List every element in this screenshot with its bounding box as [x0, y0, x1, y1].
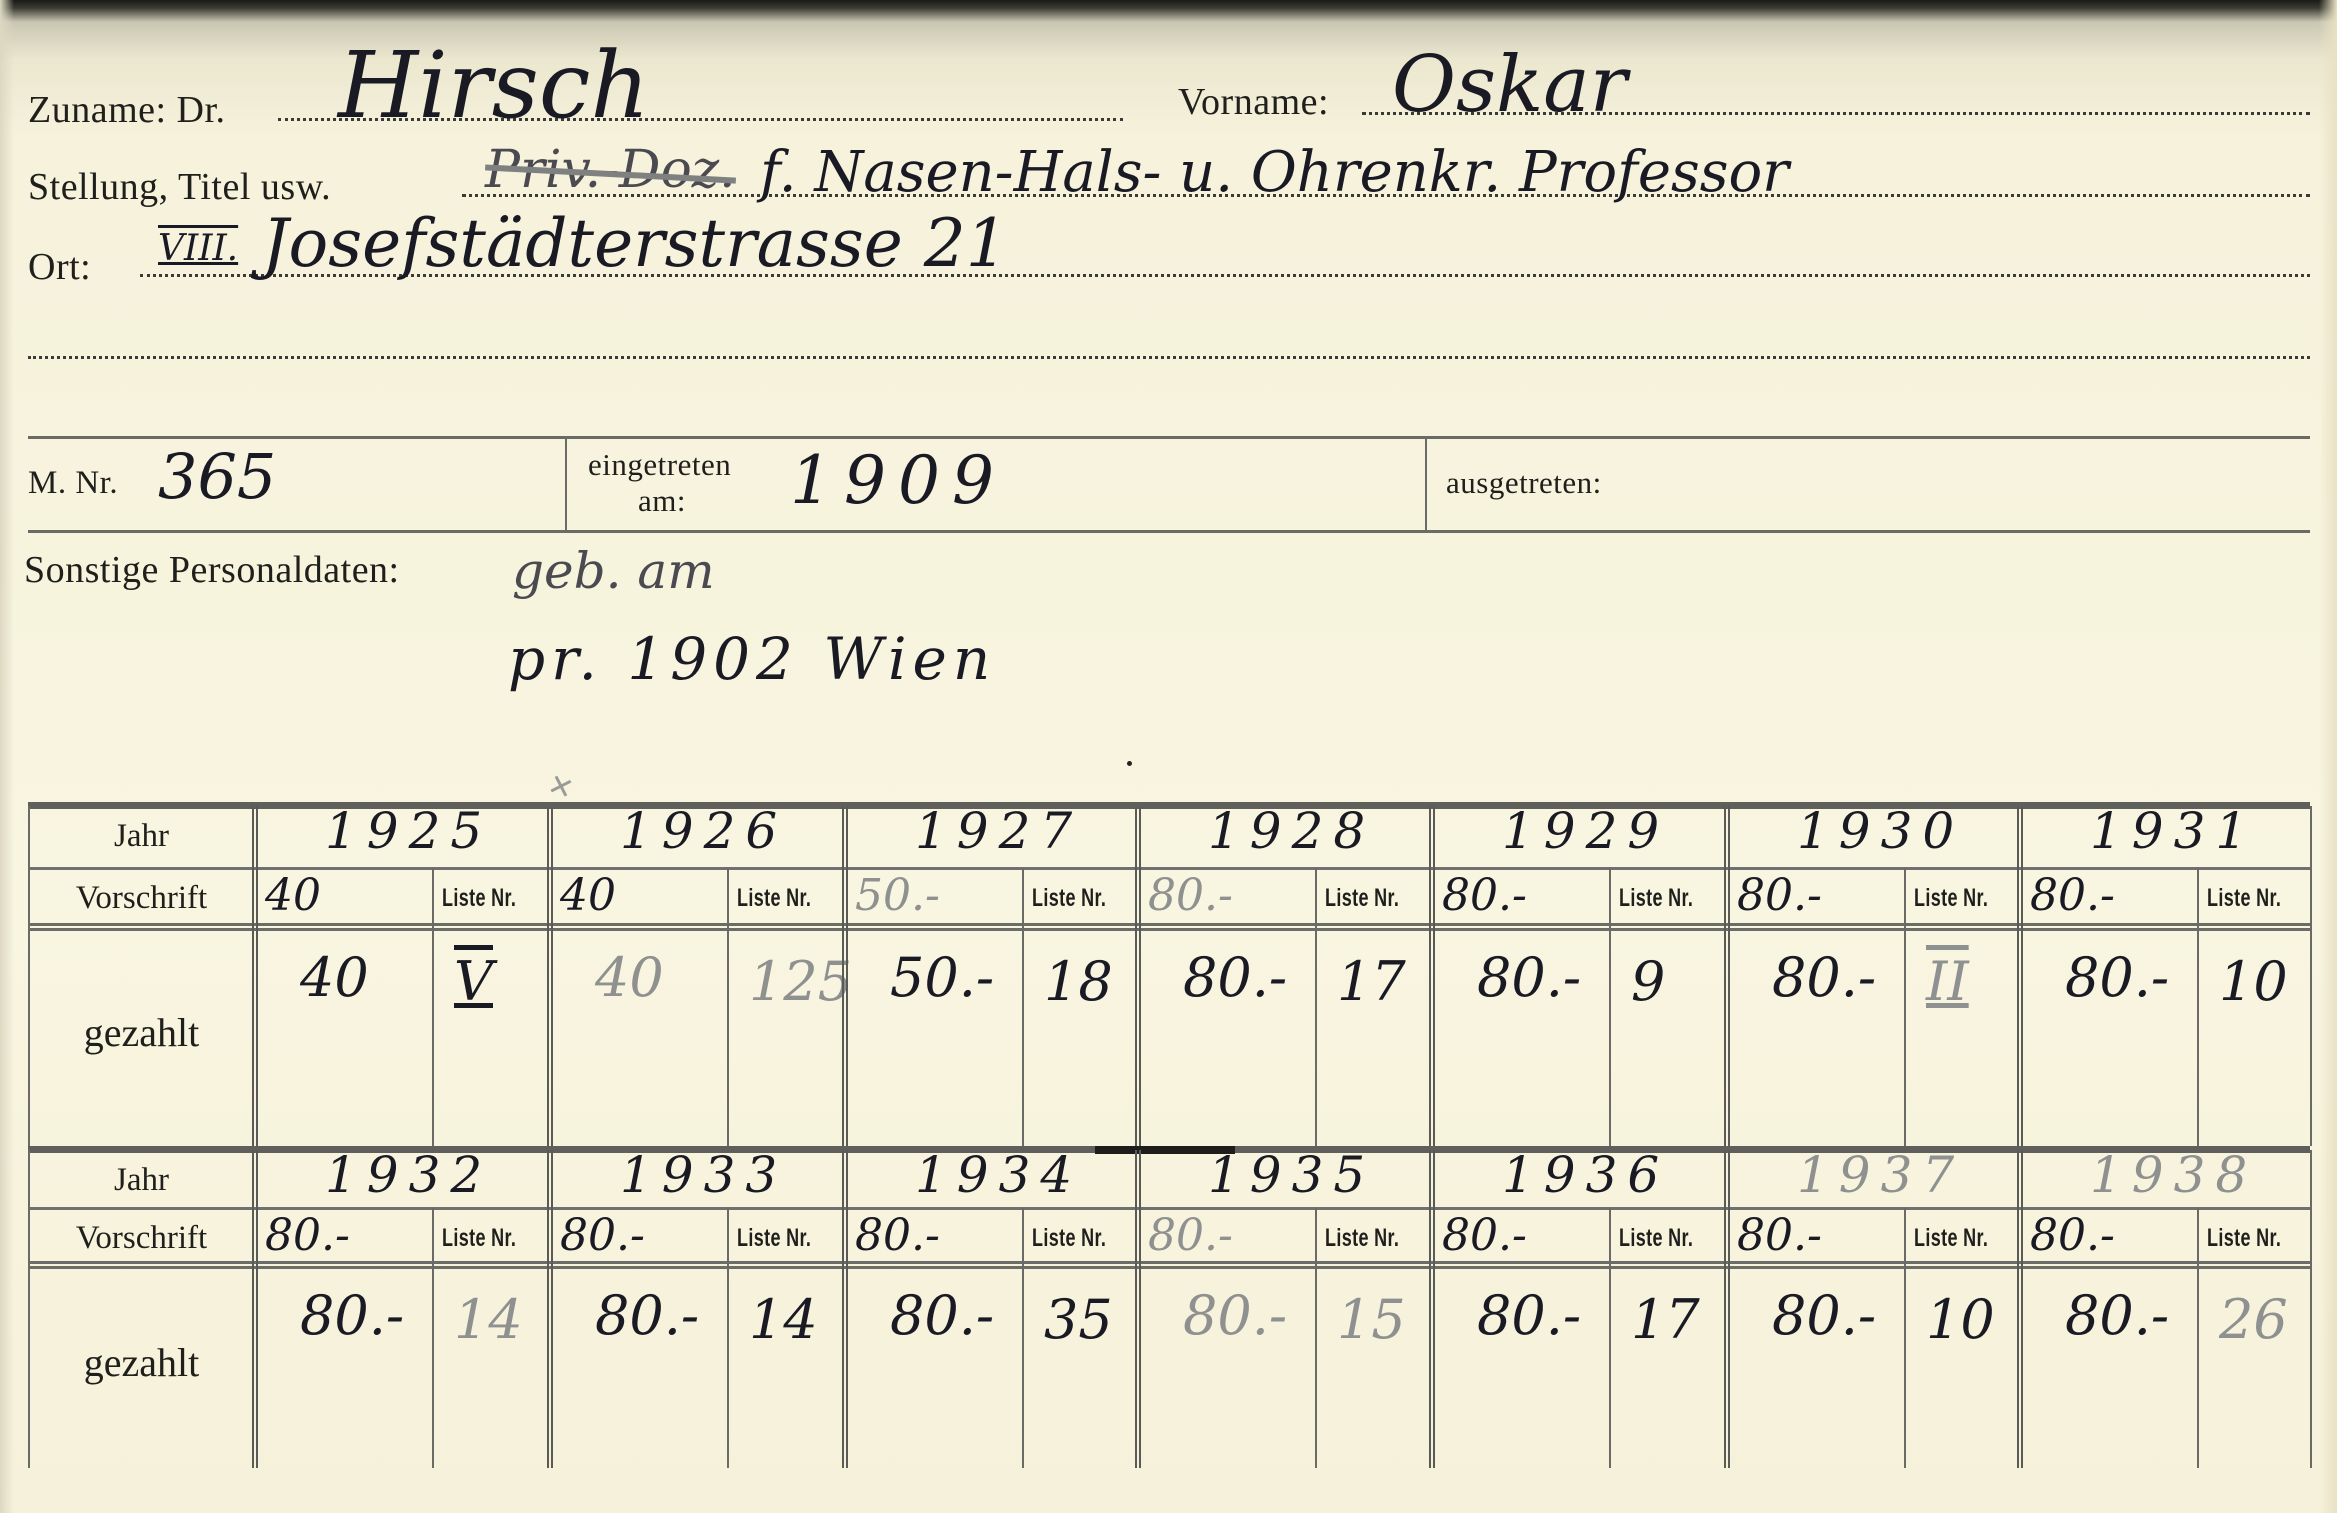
liste-nr-label: Liste Nr.: [1032, 1224, 1106, 1253]
year-column-divider: [1429, 1150, 1435, 1468]
blank-line: [28, 356, 2310, 359]
liste-column-divider: [1609, 868, 1611, 1146]
row-label-vorschrift: Vorschrift: [28, 1220, 255, 1257]
liste-nr-label: Liste Nr.: [1032, 884, 1106, 913]
vorschrift-cell: 80.-: [855, 1210, 940, 1261]
table-left-border: [28, 806, 30, 1146]
gezahlt-liste-nr-cell: V: [454, 950, 493, 1013]
gezahlt-amount-cell: 80.-: [1772, 1284, 1876, 1347]
liste-column-divider: [1904, 1208, 1906, 1468]
ort-value: Josefstädterstrasse 21: [262, 205, 1008, 282]
ink-dot: [1127, 761, 1132, 766]
vorschrift-cell: 50.-: [855, 870, 940, 921]
mnr-label: M. Nr.: [28, 465, 118, 502]
year-column-divider: [547, 1150, 553, 1468]
vorschrift-cell: 80.-: [265, 1210, 350, 1261]
ort-label: Ort:: [28, 245, 91, 289]
year-cell: 1937: [1797, 1146, 1964, 1204]
gezahlt-amount-cell: 80.-: [890, 1284, 994, 1347]
year-cell: 1932: [325, 1146, 492, 1204]
liste-nr-label: Liste Nr.: [2207, 884, 2281, 913]
liste-column-divider: [1904, 868, 1906, 1146]
row-label-jahr: Jahr: [28, 1162, 255, 1199]
gezahlt-liste-nr-cell: II: [1926, 950, 1969, 1013]
liste-column-divider: [1315, 1208, 1317, 1468]
card-edge-right: [2319, 0, 2337, 1513]
gezahlt-amount-cell: 80.-: [300, 1284, 404, 1347]
eingetreten-label-2: am:: [638, 483, 686, 519]
vorschrift-cell: 80.-: [2030, 1210, 2115, 1261]
gezahlt-liste-nr-cell: 15: [1337, 1288, 1406, 1351]
year-column-divider: [2017, 1150, 2023, 1468]
gezahlt-liste-nr-cell: 9: [1631, 950, 1665, 1013]
header-section: Zuname: Dr. Hirsch Vorname: Oskar Stellu…: [0, 0, 2337, 60]
gezahlt-amount-cell: 80.-: [1183, 1284, 1287, 1347]
table-right-border: [2310, 1150, 2312, 1468]
stellung-label: Stellung, Titel usw.: [28, 165, 331, 209]
year-column-divider: [1724, 806, 1730, 1146]
liste-column-divider: [1315, 868, 1317, 1146]
ausgetreten-label: ausgetreten:: [1446, 465, 1602, 501]
year-column-divider: [1429, 806, 1435, 1146]
liste-column-divider: [1609, 1208, 1611, 1468]
liste-nr-label: Liste Nr.: [737, 1224, 811, 1253]
vorschrift-cell: 40: [560, 870, 616, 921]
gezahlt-liste-nr-cell: 125: [749, 950, 852, 1013]
gezahlt-amount-cell: 80.-: [1477, 1284, 1581, 1347]
liste-column-divider: [2197, 868, 2199, 1146]
year-column-divider: [252, 806, 258, 1146]
liste-column-divider: [1022, 1208, 1024, 1468]
liste-column-divider: [1022, 868, 1024, 1146]
gezahlt-amount-cell: 80.-: [2065, 1284, 2169, 1347]
table-block-2-vorschrift-rule: [28, 1261, 2310, 1269]
year-cell: 1931: [2090, 802, 2257, 860]
gezahlt-liste-nr-cell: 35: [1044, 1288, 1113, 1351]
liste-nr-label: Liste Nr.: [1914, 884, 1988, 913]
gezahlt-amount-cell: 80.-: [595, 1284, 699, 1347]
row-label-gezahlt: gezahlt: [28, 1339, 255, 1386]
membership-bottom-rule: [28, 530, 2310, 533]
liste-column-divider: [432, 1208, 434, 1468]
gezahlt-amount-cell: 40: [300, 946, 369, 1009]
gezahlt-amount-cell: 50.-: [890, 946, 994, 1009]
vorschrift-cell: 80.-: [1737, 1210, 1822, 1261]
gezahlt-liste-nr-cell: 26: [2219, 1288, 2288, 1351]
table-block-1-vorschrift-rule: [28, 923, 2310, 931]
year-cell: 1929: [1502, 802, 1669, 860]
liste-column-divider: [727, 868, 729, 1146]
vorname-label: Vorname:: [1178, 80, 1329, 124]
zuname-value: Hirsch: [338, 32, 650, 139]
liste-nr-label: Liste Nr.: [442, 1224, 516, 1253]
gezahlt-liste-nr-cell: 10: [1926, 1288, 1995, 1351]
gezahlt-amount-cell: 80.-: [1477, 946, 1581, 1009]
year-cell: 1938: [2090, 1146, 2257, 1204]
membership-divider-2: [1425, 438, 1427, 532]
liste-nr-label: Liste Nr.: [2207, 1224, 2281, 1253]
stellung-struck-text: Priv.-Doz.: [485, 140, 736, 200]
gezahlt-amount-cell: 80.-: [1772, 946, 1876, 1009]
gezahlt-amount-cell: 40: [595, 946, 664, 1009]
personal-line-1: geb. am: [512, 542, 715, 600]
gezahlt-liste-nr-cell: 14: [454, 1288, 523, 1351]
liste-nr-label: Liste Nr.: [1325, 1224, 1399, 1253]
liste-column-divider: [727, 1208, 729, 1468]
year-cell: 1933: [620, 1146, 787, 1204]
gezahlt-liste-nr-cell: 10: [2219, 950, 2288, 1013]
year-column-divider: [1135, 1150, 1141, 1468]
year-column-divider: [842, 806, 848, 1146]
year-cell: 1925: [325, 802, 492, 860]
ort-district: VIII.: [158, 228, 238, 269]
membership-divider-1: [565, 438, 567, 532]
eingetreten-value: 1909: [790, 442, 1006, 519]
year-column-divider: [1724, 1150, 1730, 1468]
vorname-value: Oskar: [1392, 40, 1627, 130]
liste-nr-label: Liste Nr.: [1325, 884, 1399, 913]
year-column-divider: [2017, 806, 2023, 1146]
vorschrift-cell: 40: [265, 870, 321, 921]
gezahlt-liste-nr-cell: 17: [1631, 1288, 1700, 1351]
card-edge-left: [0, 0, 14, 1513]
year-column-divider: [252, 1150, 258, 1468]
year-cell: 1935: [1208, 1146, 1375, 1204]
gezahlt-liste-nr-cell: 14: [749, 1288, 818, 1351]
row-label-vorschrift: Vorschrift: [28, 880, 255, 917]
vorschrift-cell: 80.-: [1148, 1210, 1233, 1261]
gezahlt-liste-nr-cell: 17: [1337, 950, 1406, 1013]
year-column-divider: [547, 806, 553, 1146]
year-column-divider: [842, 1150, 848, 1468]
gezahlt-liste-nr-cell: 18: [1044, 950, 1113, 1013]
mnr-value: 365: [158, 440, 276, 513]
year-cell: 1927: [915, 802, 1082, 860]
liste-nr-label: Liste Nr.: [737, 884, 811, 913]
liste-nr-label: Liste Nr.: [1914, 1224, 1988, 1253]
year-cell: 1928: [1208, 802, 1375, 860]
vorschrift-cell: 80.-: [1148, 870, 1233, 921]
stellung-value: f. Nasen-Hals- u. Ohrenkr. Professor: [760, 140, 1789, 205]
gezahlt-amount-cell: 80.-: [2065, 946, 2169, 1009]
liste-nr-label: Liste Nr.: [1619, 1224, 1693, 1253]
liste-nr-label: Liste Nr.: [1619, 884, 1693, 913]
personal-line-2: pr. 1902 Wien: [508, 625, 996, 693]
vorschrift-cell: 80.-: [1442, 1210, 1527, 1261]
year-column-divider: [1135, 806, 1141, 1146]
row-label-gezahlt: gezahlt: [28, 1009, 255, 1056]
year-cell: 1936: [1502, 1146, 1669, 1204]
year-cell: 1934: [915, 1146, 1082, 1204]
vorschrift-cell: 80.-: [560, 1210, 645, 1261]
year-cell: 1926: [620, 802, 787, 860]
liste-column-divider: [432, 868, 434, 1146]
vorschrift-cell: 80.-: [1442, 870, 1527, 921]
gezahlt-amount-cell: 80.-: [1183, 946, 1287, 1009]
vorschrift-cell: 80.-: [2030, 870, 2115, 921]
liste-column-divider: [2197, 1208, 2199, 1468]
table-right-border: [2310, 806, 2312, 1146]
liste-nr-label: Liste Nr.: [442, 884, 516, 913]
zuname-label: Zuname: Dr.: [28, 88, 226, 132]
personal-label: Sonstige Personaldaten:: [24, 548, 400, 592]
year-cell: 1930: [1797, 802, 1964, 860]
row-label-jahr: Jahr: [28, 818, 255, 855]
membership-top-rule: [28, 436, 2310, 439]
vorschrift-cell: 80.-: [1737, 870, 1822, 921]
eingetreten-label-1: eingetreten: [588, 447, 731, 483]
